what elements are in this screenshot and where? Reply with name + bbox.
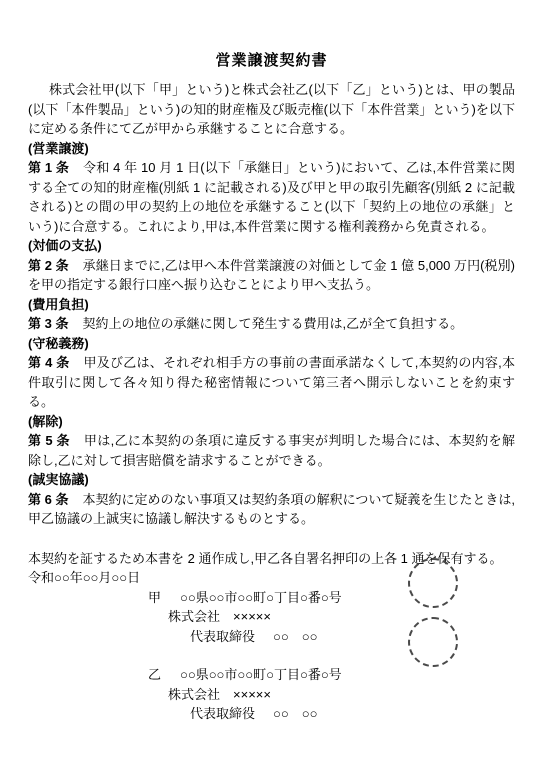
representative-name: ○○ ○○ — [273, 629, 317, 644]
party-label: 乙 — [148, 665, 180, 685]
article: (解除) 第 5 条甲は,乙に本契約の条項に違反する事実が判明した場合には、本契… — [28, 412, 515, 471]
article-heading: (誠実協議) — [28, 470, 515, 490]
representative-name: ○○ ○○ — [273, 706, 317, 721]
article-heading: (営業譲渡) — [28, 139, 515, 159]
article-heading: (対価の支払) — [28, 236, 515, 256]
company-name: ××××× — [233, 609, 271, 624]
article-body: 第 5 条甲は,乙に本契約の条項に違反する事実が判明した場合には、本契約を解除し… — [28, 431, 515, 470]
article-heading: (解除) — [28, 412, 515, 432]
article-heading: (守秘義務) — [28, 334, 515, 354]
article-body: 第 1 条令和 4 年 10 月 1 日(以下「承継日」という)において、乙は,… — [28, 158, 515, 236]
article-number-label: 第 3 条 — [28, 316, 68, 331]
article-heading: (費用負担) — [28, 295, 515, 315]
party-address: ○○県○○市○○町○丁目○番○号 — [180, 667, 342, 682]
article-number-label: 第 6 条 — [28, 492, 68, 507]
articles-section: (営業譲渡) 第 1 条令和 4 年 10 月 1 日(以下「承継日」という)に… — [28, 139, 515, 529]
signatory-address-line: 乙○○県○○市○○町○丁目○番○号 — [28, 665, 515, 685]
signatory-company-line: 株式会社××××× — [28, 685, 515, 705]
contract-page: 営業譲渡契約書 株式会社甲(以下「甲」という)と株式会社乙(以下「乙」という)と… — [0, 0, 542, 772]
article: (営業譲渡) 第 1 条令和 4 年 10 月 1 日(以下「承継日」という)に… — [28, 139, 515, 237]
seal-placeholder-circle-otsu — [408, 617, 458, 667]
company-name: ××××× — [233, 687, 271, 702]
representative-title: 代表取締役 — [190, 706, 255, 721]
party-label: 甲 — [148, 588, 180, 608]
article-number-label: 第 4 条 — [28, 355, 69, 370]
article-number-label: 第 5 条 — [28, 433, 70, 448]
article: (誠実協議) 第 6 条本契約に定めのない事項又は契約条項の解釈について疑義を生… — [28, 470, 515, 529]
article: (対価の支払) 第 2 条承継日までに,乙は甲へ本件営業譲渡の対価として金 1 … — [28, 236, 515, 295]
signatory-representative-line: 代表取締役○○ ○○ — [28, 704, 515, 724]
article: (守秘義務) 第 4 条甲及び乙は、それぞれ相手方の事前の書面承諾なくして,本契… — [28, 334, 515, 412]
company-label: 株式会社 — [168, 687, 220, 702]
article-text: 甲は,乙に本契約の条項に違反する事実が判明した場合には、本契約を解除し,乙に対し… — [28, 433, 515, 468]
article-text: 甲及び乙は、それぞれ相手方の事前の書面承諾なくして,本契約の内容,本件取引に関し… — [28, 355, 515, 409]
document-title: 営業譲渡契約書 — [28, 52, 515, 70]
representative-title: 代表取締役 — [190, 629, 255, 644]
article-body: 第 3 条契約上の地位の承継に関して発生する費用は,乙が全て負担する。 — [28, 314, 515, 334]
article-body: 第 2 条承継日までに,乙は甲へ本件営業譲渡の対価として金 1 億 5,000 … — [28, 256, 515, 295]
article-text: 令和 4 年 10 月 1 日(以下「承継日」という)において、乙は,本件営業に… — [28, 160, 515, 234]
party-address: ○○県○○市○○町○丁目○番○号 — [180, 590, 342, 605]
article-body: 第 6 条本契約に定めのない事項又は契約条項の解釈について疑義を生じたときは,甲… — [28, 490, 515, 529]
company-label: 株式会社 — [168, 609, 220, 624]
article-text: 承継日までに,乙は甲へ本件営業譲渡の対価として金 1 億 5,000 万円(税別… — [28, 258, 515, 293]
signatory-block: 乙○○県○○市○○町○丁目○番○号 株式会社××××× 代表取締役○○ ○○ — [28, 665, 515, 724]
article-number-label: 第 1 条 — [28, 160, 69, 175]
article-number-label: 第 2 条 — [28, 258, 69, 273]
article-text: 本契約に定めのない事項又は契約条項の解釈について疑義を生じたときは,甲乙協議の上… — [28, 492, 515, 527]
article-text: 契約上の地位の承継に関して発生する費用は,乙が全て負担する。 — [82, 316, 463, 331]
article-body: 第 4 条甲及び乙は、それぞれ相手方の事前の書面承諾なくして,本契約の内容,本件… — [28, 353, 515, 412]
seal-placeholder-circle-kou — [408, 558, 458, 608]
preamble-paragraph: 株式会社甲(以下「甲」という)と株式会社乙(以下「乙」という)とは、甲の製品(以… — [28, 80, 515, 139]
article: (費用負担) 第 3 条契約上の地位の承継に関して発生する費用は,乙が全て負担す… — [28, 295, 515, 334]
